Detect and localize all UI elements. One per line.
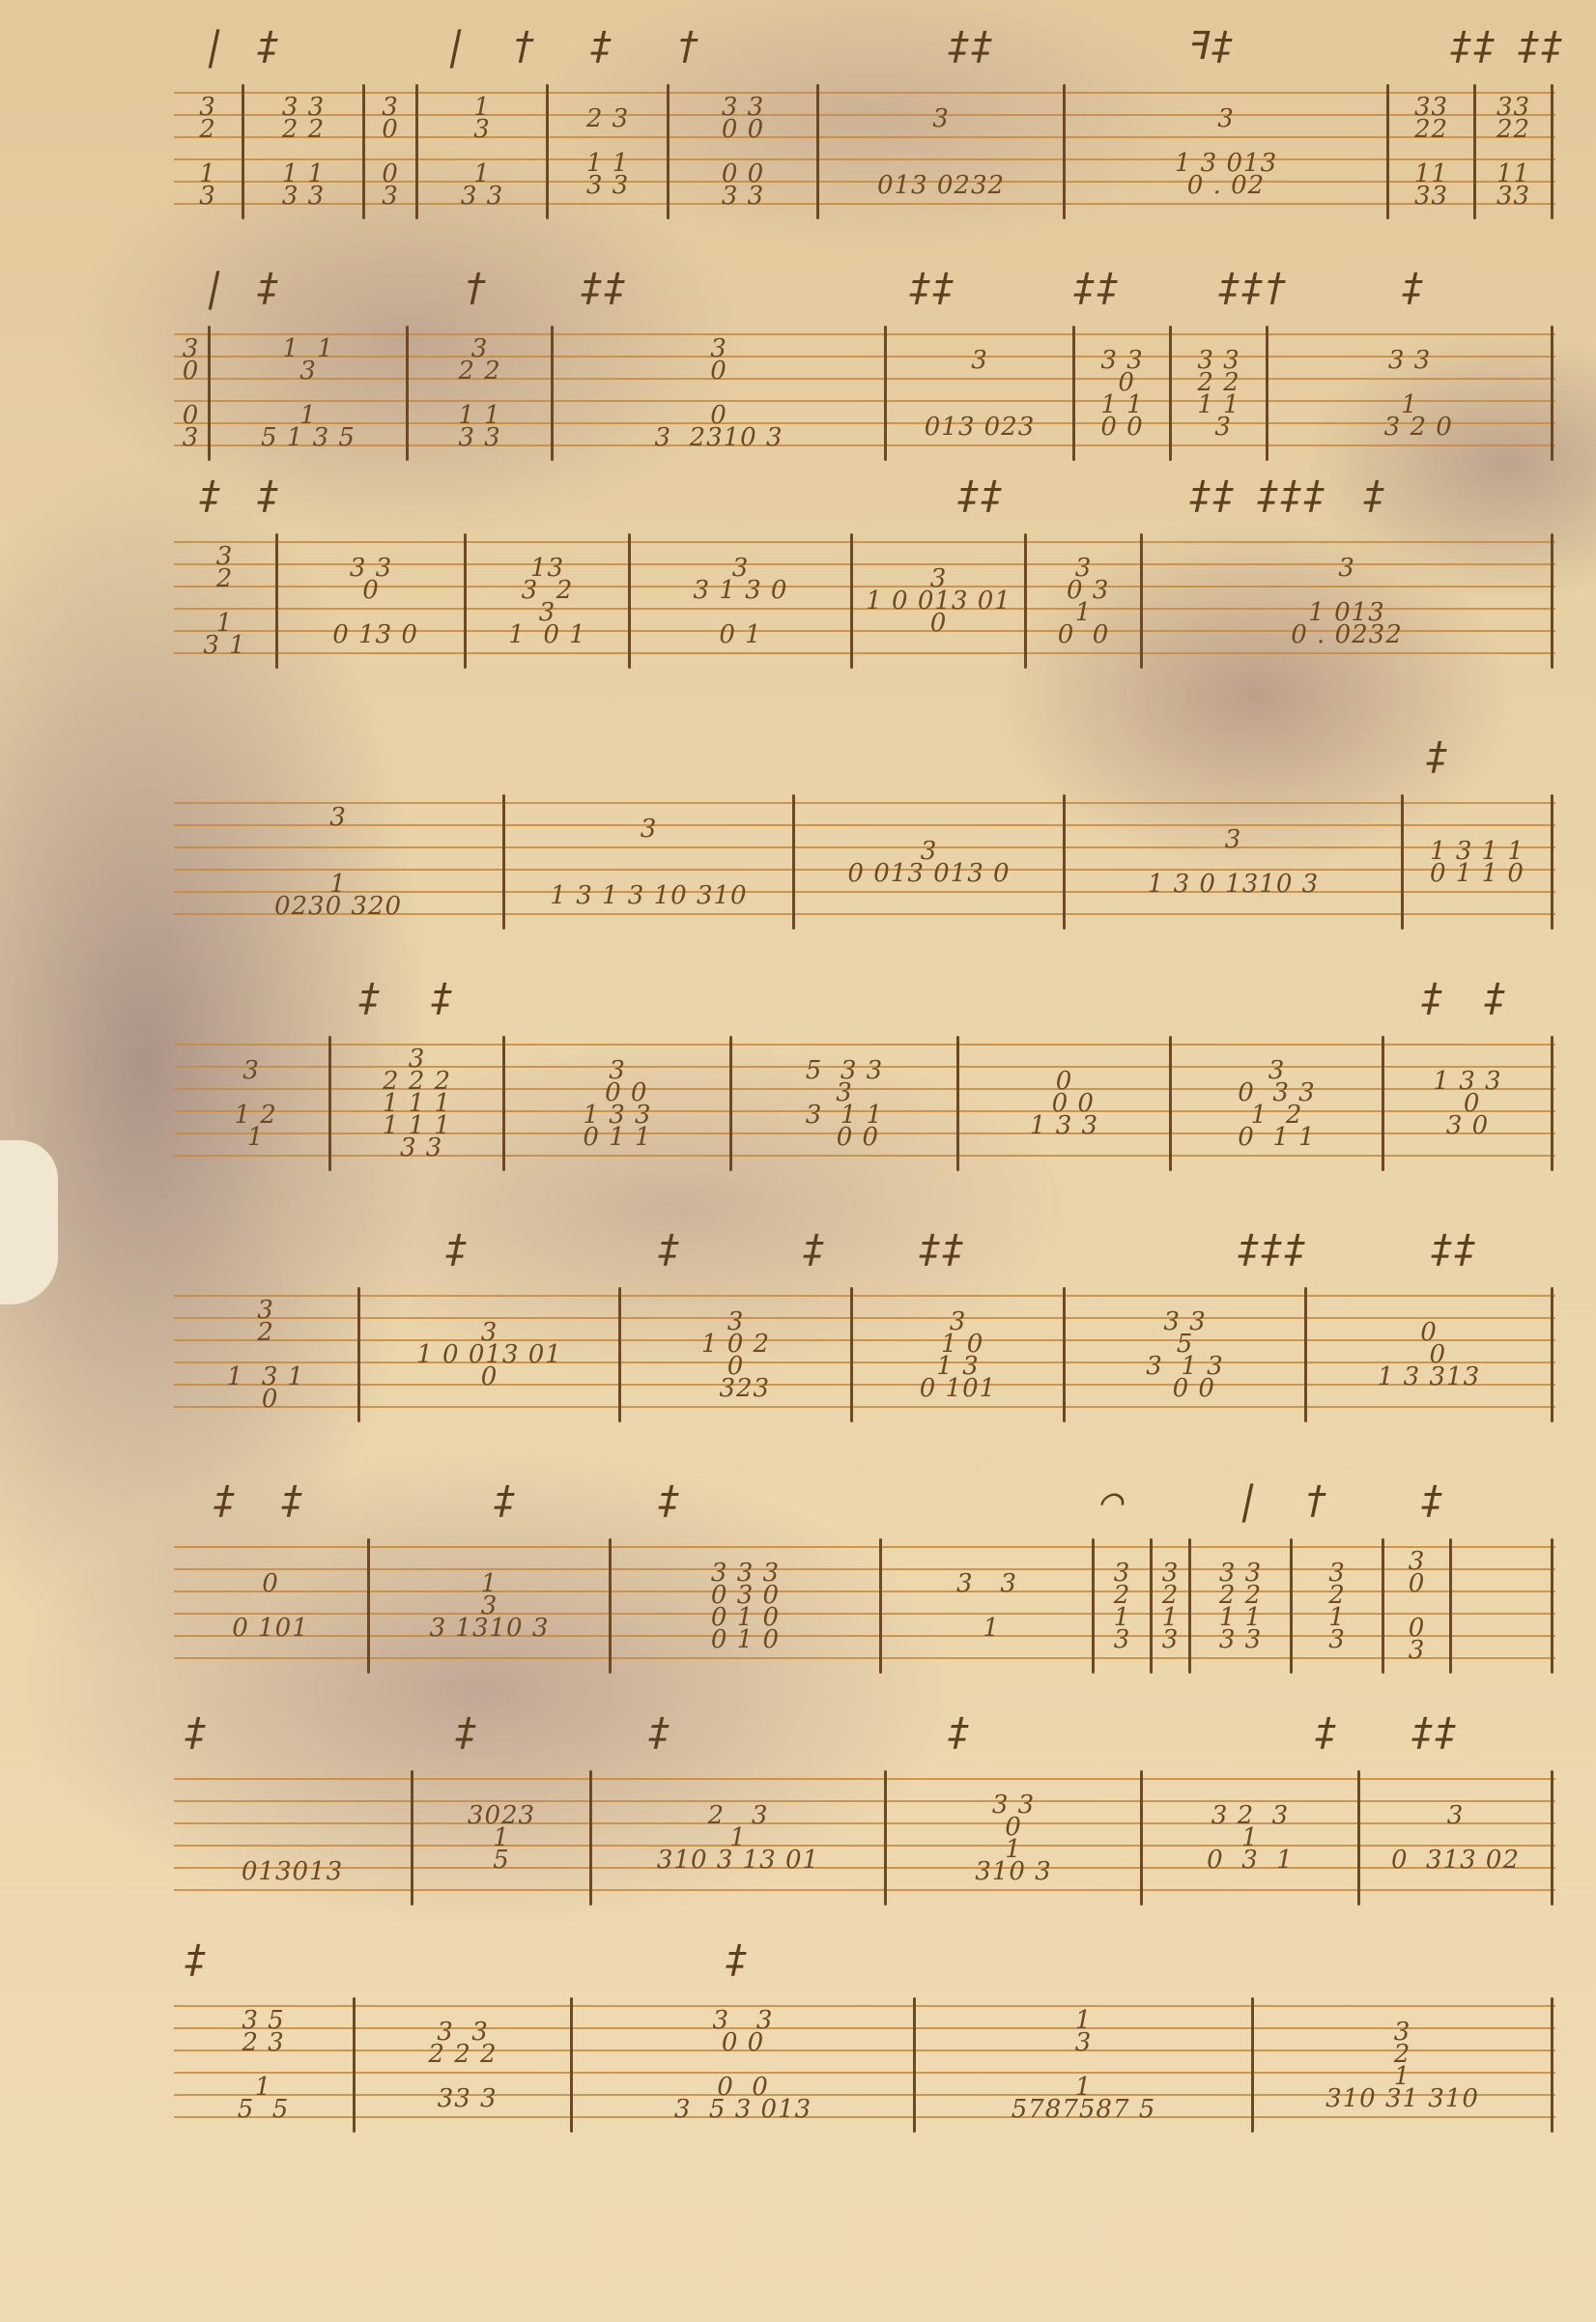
rhythm-flag-icon: ‡‡: [1512, 24, 1568, 69]
measure: 3 1 3 1 3 10 310: [505, 802, 792, 923]
measure: 3 0 0 3: [1384, 1546, 1449, 1667]
rhythm-flag-icon: |: [198, 24, 231, 69]
tablature-system-5: ‡‡‡‡3 1 2 13 2 2 2 1 1 1 1 1 1 3 33 0 0 …: [174, 1044, 1555, 1164]
rhythm-flag-icon: ꟻ‡: [1183, 24, 1239, 69]
measure: 33 22 11 33: [1476, 92, 1551, 213]
measure: 3 3 1: [882, 1546, 1092, 1667]
measure: 3 1 3 013 0 . 02: [1066, 92, 1386, 213]
measure: 3 3 3 0 3 0 0 1 0 0 1 0: [612, 1546, 879, 1667]
barline: [1551, 1287, 1553, 1422]
tablature-system-7: ‡‡‡‡⌒|†‡0 0 1011 3 3 1310 33 3 3 0 3 0 0…: [174, 1546, 1555, 1667]
tablature-notes: 3 3 0 0 13 0: [324, 558, 418, 646]
measure: 3 2 2 1 1 3 3: [409, 333, 551, 454]
rhythm-flag-icon: ‡‡: [575, 266, 631, 310]
rhythm-flag-icon: ‡: [251, 266, 284, 310]
rhythm-flag-icon: ‡: [251, 473, 284, 518]
tablature-notes: 3 3 1 3 2 0: [1366, 350, 1453, 439]
measure: 3 3 2 2 2 33 3: [356, 2005, 570, 2126]
measure: 3 2 3 1 0 3 1: [1143, 1778, 1357, 1899]
measure: 3 2 1 3 1 0: [174, 1295, 357, 1416]
tablature-notes: 3 3 0 1 310 3: [975, 1794, 1051, 1883]
measure: 3 2 1 3: [1293, 1546, 1382, 1667]
rhythm-flag-icon: ‡‡: [1406, 1710, 1462, 1755]
measure: 3 0 3 1 0 0: [1027, 541, 1140, 662]
rhythm-flag-icon: ‡‡: [913, 1227, 969, 1272]
rhythm-flag-icon: ‡: [1357, 473, 1390, 518]
rhythm-flag-icon: ‡‡†: [1212, 266, 1292, 310]
tablature-notes: 0 0 101: [232, 1573, 308, 1640]
torn-paper-edge: [0, 1140, 58, 1304]
tablature-system-6: ‡‡‡‡‡‡‡‡‡‡3 2 1 3 1 03 1 0 013 01 03 1 0…: [174, 1295, 1555, 1416]
measure: 0 0 101: [174, 1546, 367, 1667]
rhythm-flag-icon: ‡‡: [1068, 266, 1124, 310]
measure: 3 2 1 3 1: [174, 541, 275, 662]
rhythm-flag-icon: ‡‡: [903, 266, 959, 310]
measure: 013013: [174, 1778, 411, 1899]
measure: 3 3 1 3 2 0: [1268, 333, 1551, 454]
measure: 3 1 0 2 0 323: [621, 1295, 850, 1416]
tablature-notes: 3 0 0 3: [1409, 1551, 1426, 1662]
rhythm-flag-icon: ‡: [208, 1478, 241, 1523]
rhythm-flags: ‡‡‡‡⌒|†‡: [174, 1478, 1555, 1536]
measure: 3 2 1 310 31 310: [1254, 2005, 1551, 2126]
tablature-notes: 3 3 1 3 0 0 1: [694, 558, 788, 646]
measure: 1 3 1 3 3: [418, 92, 546, 213]
rhythm-flag-icon: ‡: [584, 24, 617, 69]
rhythm-flags: |‡|†‡†‡‡ꟻ‡‡‡‡‡: [174, 24, 1555, 82]
tablature-notes: 3 3 3 0 3 0 0 1 0 0 1 0: [711, 1562, 780, 1651]
tablature-notes: 3 2 2 2 1 1 1 1 1 1 3 3: [383, 1048, 451, 1160]
rhythm-flag-icon: ‡‡: [1183, 473, 1240, 518]
measure: 3 3 0 0 13 0: [278, 541, 464, 662]
tablature-notes: 3 0 3 3 1 2 0 1 1: [1238, 1060, 1315, 1149]
measure: 3 0 3 3 1 2 0 1 1: [1172, 1044, 1382, 1164]
measure: 3023 1 5: [413, 1778, 589, 1899]
tablature-notes: 3 3 0 1 1 0 0: [1100, 350, 1143, 439]
tablature-notes: 3 1 0 1 3 0 101: [920, 1311, 996, 1400]
rhythm-flags: ‡: [174, 734, 1555, 792]
measure: 3 1 013 0 . 0232: [1143, 541, 1551, 662]
tablature-notes: 013013: [242, 1794, 343, 1883]
rhythm-flag-icon: †: [507, 24, 540, 69]
measure: 3 0 0 1 3 3 0 1 1: [505, 1044, 729, 1164]
rhythm-flag-icon: ‡: [642, 1710, 675, 1755]
measure: 3 0 0 3: [174, 333, 208, 454]
tablature-notes: 3 2 1 3: [1114, 1562, 1131, 1651]
measure: 13 3 2 3 1 0 1: [467, 541, 628, 662]
measure: 3 1 0 1 3 0 101: [853, 1295, 1063, 1416]
rhythm-flag-icon: ‡: [179, 1710, 212, 1755]
measure: 3 2 1 3: [1153, 1546, 1188, 1667]
measure: 5 3 3 3 3 1 1 0 0: [732, 1044, 956, 1164]
measure: 3 2 1 3: [1095, 1546, 1150, 1667]
tablature-notes: 3 2 2 1 1 3 3: [458, 338, 500, 449]
measure: 3 3 2 2 1 1 3 3: [1191, 1546, 1290, 1667]
rhythm-flag-icon: ‡: [1415, 976, 1448, 1020]
rhythm-flag-icon: ‡: [652, 1227, 685, 1272]
tablature-notes: 3 1 013 0 . 0232: [1291, 558, 1403, 646]
rhythm-flags: ‡‡‡‡‡‡‡: [174, 1710, 1555, 1768]
tablature-notes: 1 1 3 1 5 1 3 5: [261, 338, 356, 449]
measure: 3 1 0 013 01 0: [853, 541, 1024, 662]
measure: 3 0 0 3: [365, 92, 415, 213]
tablature-notes: 3 0 0 1 3 3 0 1 1: [583, 1060, 651, 1149]
tablature-notes: 3 3 0 0 0 0 3 3: [722, 97, 764, 208]
tablature-notes: 3 013 0232: [877, 108, 1005, 197]
tablature-notes: 3 3 2 2 2 33 3: [428, 2021, 497, 2110]
measure: 3 3 0 0 0 0 3 3: [670, 92, 816, 213]
rhythm-flags: ‡‡‡‡: [174, 976, 1555, 1034]
rhythm-flags: ‡‡: [174, 1937, 1555, 1995]
measure: 3 3 2 2 1 1 3: [1172, 333, 1266, 454]
tablature-notes: 3 1 3 1 3 10 310: [550, 818, 747, 907]
tablature-notes: 3 0 313 02: [1391, 1805, 1520, 1872]
tablature-notes: 3 0 0 3: [382, 97, 399, 208]
tablature-system-8: ‡‡‡‡‡‡‡ 0130133023 1 52 3 1 310 3 13 013…: [174, 1778, 1555, 1899]
tablature-notes: 3 1 2 1: [225, 1060, 277, 1149]
tablature-notes: 33 22 11 33: [1496, 97, 1530, 208]
measure: 1 1 3 1 5 1 3 5: [211, 333, 406, 454]
measure: 3 3 0 1 310 3: [887, 1778, 1140, 1899]
rhythm-flags: |‡†‡‡‡‡‡‡‡‡†‡: [174, 266, 1555, 324]
rhythm-flag-icon: ‡: [797, 1227, 830, 1272]
barline: [1551, 1538, 1553, 1674]
rhythm-flag-icon: ‡‡‡: [1251, 473, 1330, 518]
rhythm-flag-icon: |: [1232, 1478, 1265, 1523]
tablature-notes: 3 3 1: [956, 1573, 1017, 1640]
measure: 0 0 1 3 313: [1307, 1295, 1551, 1416]
rhythm-flag-icon: ‡: [652, 1478, 685, 1523]
measure: 3 013 023: [887, 333, 1072, 454]
rhythm-flag-icon: ‡‡: [952, 473, 1008, 518]
tablature-notes: 3023 1 5: [468, 1805, 535, 1872]
rhythm-flags: ‡‡‡‡‡‡‡‡‡‡: [174, 473, 1555, 531]
tablature-notes: 3 3 2 2 1 1 3 3: [1219, 1562, 1262, 1651]
measure: 3 3 0 0 0 0 3 5 3 013: [573, 2005, 913, 2126]
rhythm-flag-icon: ‡: [251, 24, 284, 69]
tablature-notes: 2 3 1 310 3 13 01: [657, 1805, 819, 1872]
measure: 3 3 2 2 1 1 3 3: [244, 92, 362, 213]
measure: 3 1 2 1: [174, 1044, 328, 1164]
tablature-notes: 3 2 1 3 1: [203, 546, 245, 657]
measure: 3 1 0230 320: [174, 802, 502, 923]
tablature-notes: 2 3 1 1 3 3: [586, 108, 629, 197]
measure: [1452, 1546, 1551, 1667]
tablature-notes: 3 5 2 3 1 5 5: [238, 2010, 290, 2121]
rhythm-flag-icon: ‡: [275, 1478, 308, 1523]
tablature-notes: 3 2 3 1 0 3 1: [1207, 1805, 1294, 1872]
barline: [1551, 1770, 1553, 1906]
rhythm-flag-icon: ‡: [1415, 1478, 1448, 1523]
tablature-system-9: ‡‡3 5 2 3 1 5 53 3 2 2 2 33 33 3 0 0 0 0…: [174, 2005, 1555, 2126]
rhythm-flag-icon: ‡: [449, 1710, 482, 1755]
measure: 2 3 1 310 3 13 01: [592, 1778, 884, 1899]
measure: 3 3 5 3 1 3 0 0: [1066, 1295, 1304, 1416]
rhythm-flag-icon: ‡: [1309, 1710, 1342, 1755]
rhythm-flag-icon: †: [459, 266, 492, 310]
measure: 33 22 11 33: [1389, 92, 1473, 213]
tablature-notes: 3 1 0230 320: [274, 807, 402, 918]
tablature-notes: 1 3 1 3 3: [461, 97, 503, 208]
tablature-notes: 3 3 0 0 0 0 3 5 3 013: [674, 2010, 812, 2121]
measure: 3 0 0 3 2310 3: [554, 333, 884, 454]
tablature-notes: 3 0 013 013 0: [847, 841, 1010, 885]
tablature-notes: 1 3 1 1 0 1 1 0: [1430, 841, 1525, 885]
tablature-notes: 3 3 5 3 1 3 0 0: [1146, 1311, 1223, 1400]
measure: 1 3 1 5787587 5: [916, 2005, 1251, 2126]
rhythm-flag-icon: ‡: [942, 1710, 975, 1755]
rhythm-flag-icon: ‡: [179, 1937, 212, 1982]
tablature-notes: 3 2 1 310 31 310: [1325, 2021, 1479, 2110]
tablature-notes: 3 1 3 013 0 . 02: [1175, 108, 1277, 197]
tablature-notes: 3 013 023: [925, 350, 1036, 439]
barline: [1551, 84, 1553, 219]
tablature-system-3: ‡‡‡‡‡‡‡‡‡‡3 2 1 3 13 3 0 0 13 013 3 2 3 …: [174, 541, 1555, 662]
tablature-notes: 1 3 1 5787587 5: [1012, 2010, 1156, 2121]
tablature-notes: 3 0 3 1 0 0: [1058, 558, 1110, 646]
measure: 3 3 1 3 0 0 1: [631, 541, 850, 662]
tablature-notes: 33 22 11 33: [1414, 97, 1448, 208]
rhythm-flag-icon: †: [671, 24, 704, 69]
rhythm-flag-icon: ‡: [1478, 976, 1511, 1020]
measure: 2 3 1 1 3 3: [549, 92, 667, 213]
barline: [1551, 533, 1553, 669]
measure: 1 3 3 1310 3: [370, 1546, 609, 1667]
tablature-notes: 3 1 0 013 01 0: [866, 568, 1012, 635]
tablature-notes: 3 0 0 3: [183, 338, 200, 449]
tablature-notes: 3 2 1 3: [1328, 1562, 1346, 1651]
barline: [1551, 1997, 1553, 2133]
tablature-system-4: ‡3 1 0230 3203 1 3 1 3 10 3103 0 013 013…: [174, 802, 1555, 923]
rhythm-flag-icon: ‡: [440, 1227, 472, 1272]
rhythm-flag-icon: ‡: [193, 473, 226, 518]
rhythm-flag-icon: ‡: [425, 976, 458, 1020]
measure: 3 1 0 013 01 0: [360, 1295, 618, 1416]
rhythm-flag-icon: ‡: [1396, 266, 1429, 310]
measure: 3 2 1 3: [174, 92, 242, 213]
rhythm-flag-icon: ‡: [353, 976, 385, 1020]
tablature-notes: 3 1 3 0 1310 3: [1148, 829, 1319, 896]
tablature-notes: 0 0 0 1 3 3: [1030, 1071, 1098, 1137]
tablature-notes: 3 2 1 3 1 0: [227, 1300, 304, 1411]
barline: [1551, 1036, 1553, 1171]
tablature-system-1: |‡|†‡†‡‡ꟻ‡‡‡‡‡3 2 1 33 3 2 2 1 1 3 33 0 …: [174, 92, 1555, 213]
tablature-notes: 3 3 2 2 1 1 3 3: [282, 97, 325, 208]
tablature-notes: 13 3 2 3 1 0 1: [508, 558, 585, 646]
rhythm-flag-icon: ‡‡: [1425, 1227, 1481, 1272]
tablature-notes: 1 3 3 1310 3: [430, 1573, 550, 1640]
rhythm-flag-icon: ‡: [488, 1478, 521, 1523]
tablature-notes: 3 1 0 2 0 323: [701, 1311, 770, 1400]
rhythm-flag-icon: ‡‡: [1444, 24, 1500, 69]
measure: 1 3 3 0 3 0: [1384, 1044, 1551, 1164]
rhythm-flag-icon: |: [440, 24, 472, 69]
measure: 3 2 2 2 1 1 1 1 1 1 3 3: [331, 1044, 502, 1164]
rhythm-flag-icon: ‡: [720, 1937, 753, 1982]
tablature-notes: 3 2 1 3: [1162, 1562, 1180, 1651]
rhythm-flag-icon: ⌒: [1097, 1478, 1129, 1523]
rhythm-flag-icon: ‡: [1420, 734, 1453, 779]
tablature-notes: 3 3 2 2 1 1 3: [1197, 350, 1240, 439]
measure: 3 5 2 3 1 5 5: [174, 2005, 353, 2126]
tablature-notes: 3 1 0 013 01 0: [416, 1322, 562, 1389]
rhythm-flag-icon: ‡‡‡: [1232, 1227, 1311, 1272]
tablature-notes: 3 0 0 3 2310 3: [654, 338, 783, 449]
measure: 3 013 0232: [819, 92, 1063, 213]
measure: 1 3 1 1 0 1 1 0: [1404, 802, 1551, 923]
rhythm-flag-icon: |: [198, 266, 231, 310]
tablature-notes: 3 2 1 3: [199, 97, 216, 208]
measure: 3 0 313 02: [1360, 1778, 1551, 1899]
measure: 3 1 3 0 1310 3: [1066, 802, 1401, 923]
tablature-system-2: |‡†‡‡‡‡‡‡‡‡†‡3 0 0 31 1 3 1 5 1 3 53 2 2…: [174, 333, 1555, 454]
measure: 3 0 013 013 0: [795, 802, 1063, 923]
rhythm-flags: ‡‡‡‡‡‡‡‡‡‡: [174, 1227, 1555, 1285]
measure: 0 0 0 1 3 3: [959, 1044, 1169, 1164]
measure: 3 3 0 1 1 0 0: [1075, 333, 1169, 454]
barline: [1551, 794, 1553, 930]
tablature-notes: 1 3 3 0 3 0: [1433, 1071, 1501, 1137]
tablature-notes: 5 3 3 3 3 1 1 0 0: [806, 1060, 883, 1149]
tablature-notes: 0 0 1 3 313: [1378, 1322, 1480, 1389]
barline: [1551, 326, 1553, 461]
rhythm-flag-icon: †: [1299, 1478, 1332, 1523]
rhythm-flag-icon: ‡‡: [942, 24, 998, 69]
